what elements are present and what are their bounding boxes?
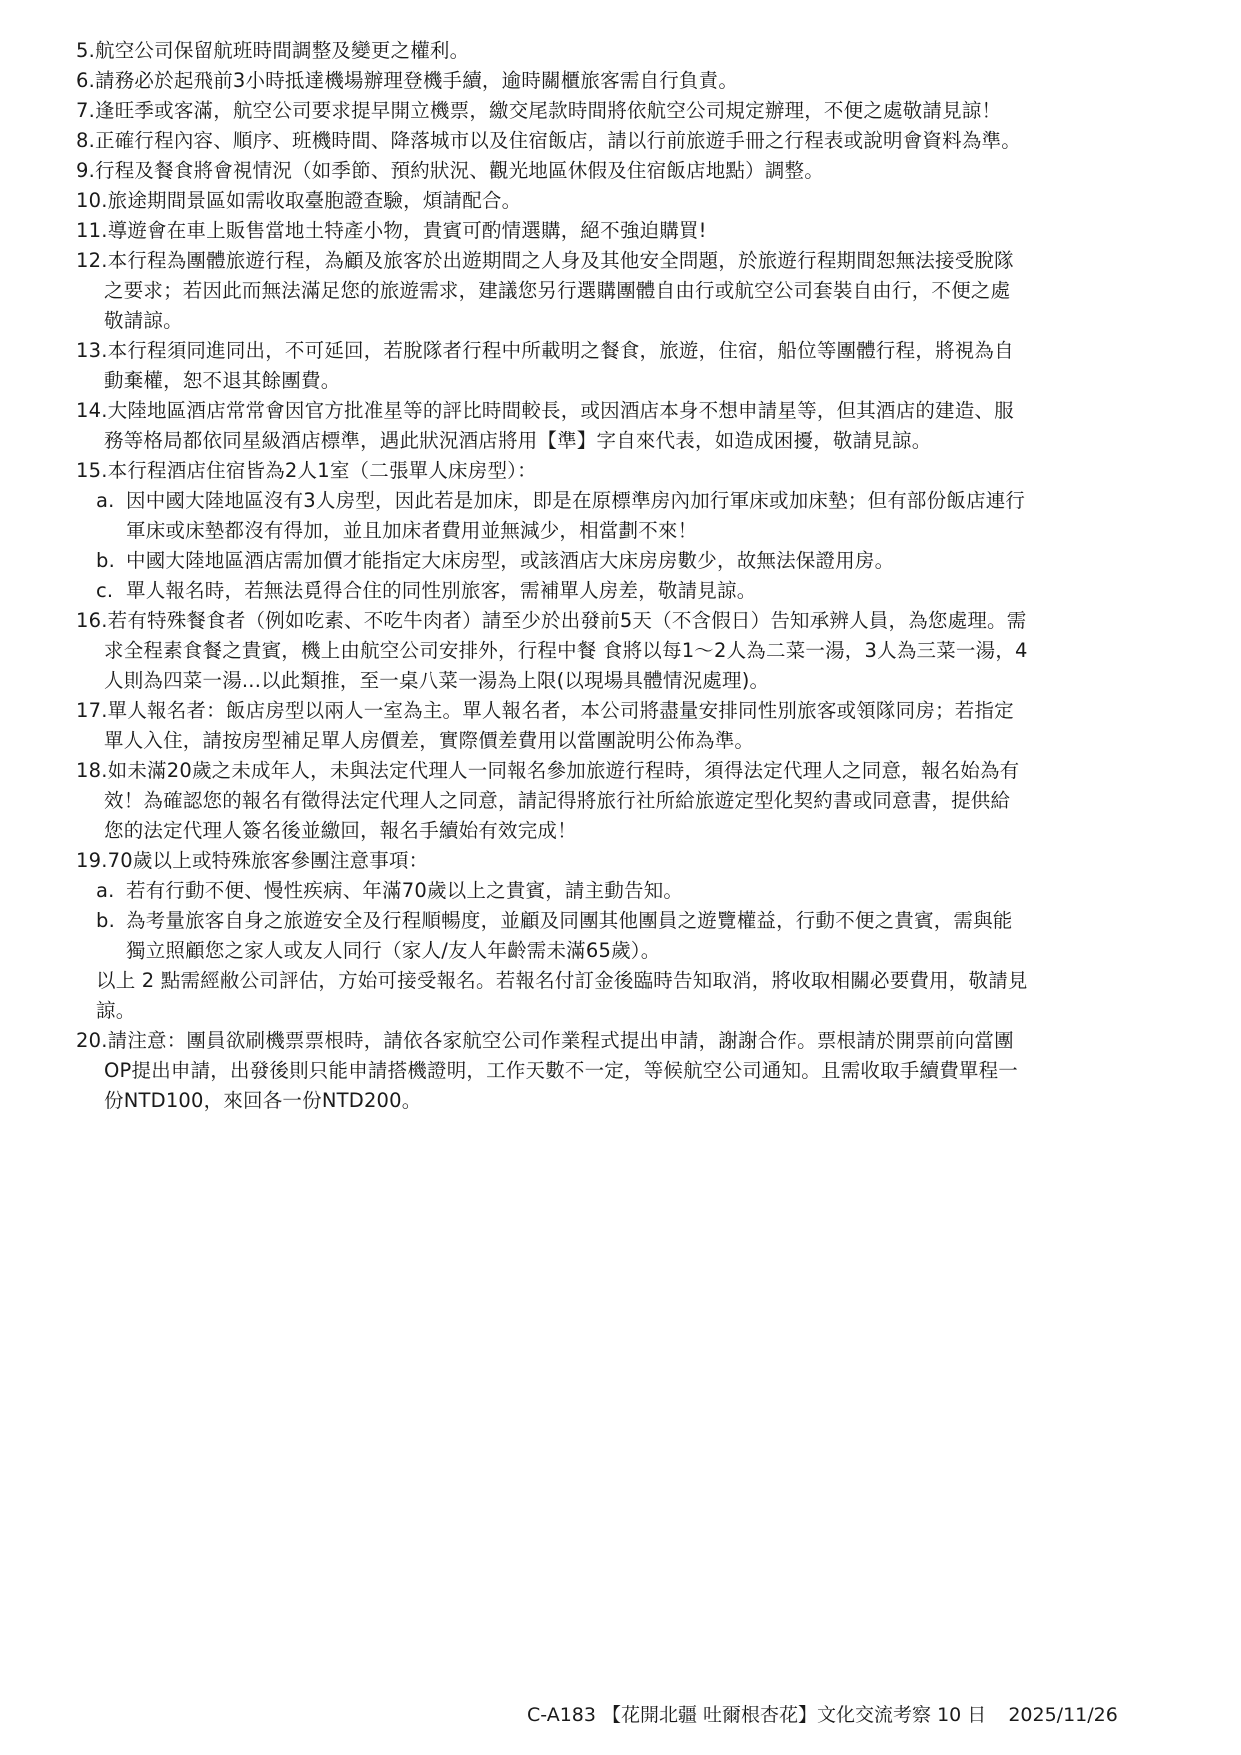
item-number: 6. bbox=[76, 69, 95, 92]
sub-item-a: a.若有行動不便、慢性疾病、年滿70歲以上之貴賓，請主動告知。 bbox=[0, 876, 1241, 906]
item-number: 10. bbox=[76, 189, 108, 212]
sub-item-continuation: 獨立照顧您之家人或友人同行（家人/友人年齡需未滿65歲）。 bbox=[0, 936, 1241, 966]
sub-item-text: 為考量旅客自身之旅遊安全及行程順暢度，並顧及同團其他團員之遊覽權益，行動不便之貴… bbox=[126, 909, 1013, 932]
sub-item-b: b.為考量旅客自身之旅遊安全及行程順暢度，並顧及同團其他團員之遊覽權益，行動不便… bbox=[0, 906, 1241, 936]
item-number: 19. bbox=[76, 849, 108, 872]
list-item-14: 14.大陸地區酒店常常會因官方批准星等的評比時間較長，或因酒店本身不想申請星等，… bbox=[0, 396, 1241, 456]
sub-item-label: c. bbox=[96, 576, 126, 606]
list-item-10: 10.旅途期間景區如需收取臺胞證查驗，煩請配合。 bbox=[0, 186, 1241, 216]
item-number: 16. bbox=[76, 609, 108, 632]
list-item-7: 7.逢旺季或客滿，航空公司要求提早開立機票，繳交尾款時間將依航空公司規定辦理，不… bbox=[0, 96, 1241, 126]
item-line: 13.本行程須同進同出，不可延回，若脫隊者行程中所載明之餐食，旅遊，住宿，船位等… bbox=[0, 336, 1241, 366]
item-line: 15.本行程酒店住宿皆為2人1室（二張單人床房型）： bbox=[0, 456, 1241, 486]
item-text: 本行程須同進同出，不可延回，若脫隊者行程中所載明之餐食，旅遊，住宿，船位等團體行… bbox=[108, 339, 1014, 362]
list-item-15: 15.本行程酒店住宿皆為2人1室（二張單人床房型）： a.因中國大陸地區沒有3人… bbox=[0, 456, 1241, 606]
sub-item-b: b.中國大陸地區酒店需加價才能指定大床房型，或該酒店大床房房數少，故無法保證用房… bbox=[0, 546, 1241, 576]
item-note: 諒。 bbox=[0, 996, 1241, 1026]
item-number: 14. bbox=[76, 399, 108, 422]
item-line: 17.單人報名者：飯店房型以兩人一室為主。單人報名者，本公司將盡量安排同性別旅客… bbox=[0, 696, 1241, 726]
item-continuation: 人則為四菜一湯...以此類推，至一桌八菜一湯為上限(以現場具體情況處理)。 bbox=[0, 666, 1241, 696]
item-number: 9. bbox=[76, 159, 95, 182]
item-text: 大陸地區酒店常常會因官方批准星等的評比時間較長，或因酒店本身不想申請星等，但其酒… bbox=[108, 399, 1014, 422]
list-item-16: 16.若有特殊餐食者（例如吃素、不吃牛肉者）請至少於出發前5天（不含假日）告知承… bbox=[0, 606, 1241, 696]
document-page: 5.航空公司保留航班時間調整及變更之權利。 6.請務必於起飛前3小時抵達機場辦理… bbox=[0, 0, 1241, 1755]
item-line: 12.本行程為團體旅遊行程，為顧及旅客於出遊期間之人身及其他安全問題，於旅遊行程… bbox=[0, 246, 1241, 276]
sub-item-c: c.單人報名時，若無法覓得合住的同性別旅客，需補單人房差，敬請見諒。 bbox=[0, 576, 1241, 606]
list-item-9: 9.行程及餐食將會視情況（如季節、預約狀況、觀光地區休假及住宿飯店地點）調整。 bbox=[0, 156, 1241, 186]
sub-item-text: 單人報名時，若無法覓得合住的同性別旅客，需補單人房差，敬請見諒。 bbox=[126, 579, 756, 602]
item-text: 行程及餐食將會視情況（如季節、預約狀況、觀光地區休假及住宿飯店地點）調整。 bbox=[95, 159, 824, 182]
item-number: 11. bbox=[76, 219, 108, 242]
item-text: 導遊會在車上販售當地土特產小物，貴賓可酌情選購，絕不強迫購買! bbox=[108, 219, 707, 242]
item-text: 若有特殊餐食者（例如吃素、不吃牛肉者）請至少於出發前5天（不含假日）告知承辨人員… bbox=[108, 609, 1027, 632]
item-continuation: 之要求；若因此而無法滿足您的旅遊需求，建議您另行選購團體自由行或航空公司套裝自由… bbox=[0, 276, 1241, 306]
item-number: 18. bbox=[76, 759, 108, 782]
sub-item-continuation: 軍床或床墊都沒有得加，並且加床者費用並無減少，相當劃不來！ bbox=[0, 516, 1241, 546]
item-line: 18.如未滿20歲之未成年人，未與法定代理人一同報名參加旅遊行程時，須得法定代理… bbox=[0, 756, 1241, 786]
item-line: 19.70歲以上或特殊旅客參團注意事項： bbox=[0, 846, 1241, 876]
item-number: 12. bbox=[76, 249, 108, 272]
item-continuation: 求全程素食餐之貴賓，機上由航空公司安排外，行程中餐 食將以每1～2人為二菜一湯，… bbox=[0, 636, 1241, 666]
item-line: 16.若有特殊餐食者（例如吃素、不吃牛肉者）請至少於出發前5天（不含假日）告知承… bbox=[0, 606, 1241, 636]
sub-item-label: a. bbox=[96, 876, 126, 906]
notice-list: 5.航空公司保留航班時間調整及變更之權利。 6.請務必於起飛前3小時抵達機場辦理… bbox=[0, 36, 1241, 1116]
sub-item-label: a. bbox=[96, 486, 126, 516]
item-text: 70歲以上或特殊旅客參團注意事項： bbox=[108, 849, 429, 872]
item-continuation: 您的法定代理人簽名後並繳回，報名手續始有效完成！ bbox=[0, 816, 1241, 846]
list-item-12: 12.本行程為團體旅遊行程，為顧及旅客於出遊期間之人身及其他安全問題，於旅遊行程… bbox=[0, 246, 1241, 336]
list-item-17: 17.單人報名者：飯店房型以兩人一室為主。單人報名者，本公司將盡量安排同性別旅客… bbox=[0, 696, 1241, 756]
sub-item-text: 中國大陸地區酒店需加價才能指定大床房型，或該酒店大床房房數少，故無法保證用房。 bbox=[126, 549, 894, 572]
item-text: 單人報名者：飯店房型以兩人一室為主。單人報名者，本公司將盡量安排同性別旅客或領隊… bbox=[108, 699, 1014, 722]
footer-title: C-A183 【花開北疆 吐爾根杏花】文化交流考察 10 日 bbox=[527, 1704, 986, 1726]
item-continuation: 動棄權，恕不退其餘團費。 bbox=[0, 366, 1241, 396]
sub-item-label: b. bbox=[96, 546, 126, 576]
item-continuation: 單人入住，請按房型補足單人房價差，實際價差費用以當團說明公佈為準。 bbox=[0, 726, 1241, 756]
item-text: 本行程酒店住宿皆為2人1室（二張單人床房型）： bbox=[108, 459, 537, 482]
item-number: 8. bbox=[76, 129, 95, 152]
item-text: 請務必於起飛前3小時抵達機場辦理登機手續，逾時關櫃旅客需自行負責。 bbox=[95, 69, 738, 92]
item-text: 逢旺季或客滿，航空公司要求提早開立機票，繳交尾款時間將依航空公司規定辦理，不便之… bbox=[95, 99, 1001, 122]
item-note: 以上 2 點需經敝公司評估，方始可接受報名。若報名付訂金後臨時告知取消，將收取相… bbox=[0, 966, 1241, 996]
item-continuation: 務等格局都依同星級酒店標準，遇此狀況酒店將用【準】字自來代表，如造成困擾，敬請見… bbox=[0, 426, 1241, 456]
list-item-20: 20.請注意：團員欲刷機票票根時，請依各家航空公司作業程式提出申請，謝謝合作。票… bbox=[0, 1026, 1241, 1116]
list-item-13: 13.本行程須同進同出，不可延回，若脫隊者行程中所載明之餐食，旅遊，住宿，船位等… bbox=[0, 336, 1241, 396]
item-number: 20. bbox=[76, 1029, 108, 1052]
sub-item-text: 因中國大陸地區沒有3人房型，因此若是加床，即是在原標準房內加行軍床或加床墊；但有… bbox=[126, 489, 1025, 512]
list-item-6: 6.請務必於起飛前3小時抵達機場辦理登機手續，逾時關櫃旅客需自行負責。 bbox=[0, 66, 1241, 96]
item-continuation: 敬請諒。 bbox=[0, 306, 1241, 336]
list-item-18: 18.如未滿20歲之未成年人，未與法定代理人一同報名參加旅遊行程時，須得法定代理… bbox=[0, 756, 1241, 846]
list-item-11: 11.導遊會在車上販售當地土特產小物，貴賓可酌情選購，絕不強迫購買! bbox=[0, 216, 1241, 246]
sub-item-label: b. bbox=[96, 906, 126, 936]
item-text: 旅途期間景區如需收取臺胞證查驗，煩請配合。 bbox=[108, 189, 522, 212]
sub-item-text: 若有行動不便、慢性疾病、年滿70歲以上之貴賓，請主動告知。 bbox=[126, 879, 683, 902]
item-number: 5. bbox=[76, 39, 95, 62]
item-continuation: 份NTD100，來回各一份NTD200。 bbox=[0, 1086, 1241, 1116]
item-number: 13. bbox=[76, 339, 108, 362]
item-line: 20.請注意：團員欲刷機票票根時，請依各家航空公司作業程式提出申請，謝謝合作。票… bbox=[0, 1026, 1241, 1056]
item-text: 如未滿20歲之未成年人，未與法定代理人一同報名參加旅遊行程時，須得法定代理人之同… bbox=[108, 759, 1020, 782]
list-item-19: 19.70歲以上或特殊旅客參團注意事項： a.若有行動不便、慢性疾病、年滿70歲… bbox=[0, 846, 1241, 1026]
list-item-8: 8.正確行程內容、順序、班機時間、降落城市以及住宿飯店，請以行前旅遊手冊之行程表… bbox=[0, 126, 1241, 156]
item-text: 請注意：團員欲刷機票票根時，請依各家航空公司作業程式提出申請，謝謝合作。票根請於… bbox=[108, 1029, 1014, 1052]
item-continuation: 效！為確認您的報名有徵得法定代理人之同意，請記得將旅行社所給旅遊定型化契約書或同… bbox=[0, 786, 1241, 816]
item-line: 14.大陸地區酒店常常會因官方批准星等的評比時間較長，或因酒店本身不想申請星等，… bbox=[0, 396, 1241, 426]
item-continuation: OP提出申請，出發後則只能申請搭機證明，工作天數不一定，等候航空公司通知。且需收… bbox=[0, 1056, 1241, 1086]
item-text: 本行程為團體旅遊行程，為顧及旅客於出遊期間之人身及其他安全問題，於旅遊行程期間恕… bbox=[108, 249, 1014, 272]
item-number: 17. bbox=[76, 699, 108, 722]
item-number: 15. bbox=[76, 459, 108, 482]
item-text: 航空公司保留航班時間調整及變更之權利。 bbox=[95, 39, 469, 62]
sub-item-a: a.因中國大陸地區沒有3人房型，因此若是加床，即是在原標準房內加行軍床或加床墊；… bbox=[0, 486, 1241, 516]
page-footer: C-A183 【花開北疆 吐爾根杏花】文化交流考察 10 日2025/11/26 bbox=[527, 1700, 1118, 1730]
item-number: 7. bbox=[76, 99, 95, 122]
list-item-5: 5.航空公司保留航班時間調整及變更之權利。 bbox=[0, 36, 1241, 66]
footer-date: 2025/11/26 bbox=[1008, 1704, 1118, 1726]
item-text: 正確行程內容、順序、班機時間、降落城市以及住宿飯店，請以行前旅遊手冊之行程表或說… bbox=[95, 129, 1021, 152]
